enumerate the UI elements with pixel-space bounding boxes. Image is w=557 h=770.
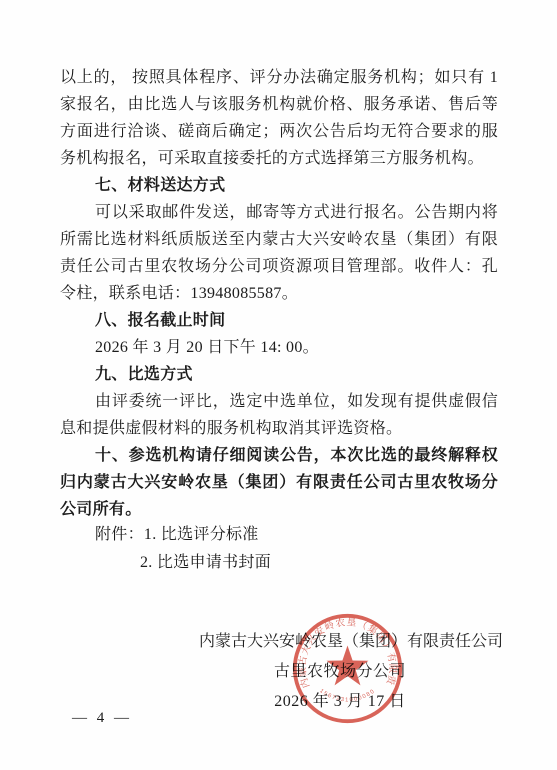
attachments-label: 附件： [95,526,144,543]
svg-text:1567231000080: 1567231000080 [318,688,376,703]
paragraph-final-interpretation: 十、参选机构请仔细阅读公告，本次比选的最终解释权归内蒙古大兴安岭农垦（集团）有限… [60,442,498,523]
seal-code-text: 1567231000080 [318,688,376,703]
section-heading-8: 八、报名截止时间 [60,307,498,334]
attachments-block: 附件：1. 比选评分标准 2. 比选申请书封面 [60,521,498,577]
attachment-item-2: 2. 比选申请书封面 [60,549,498,577]
section-heading-7: 七、材料送达方式 [60,172,498,199]
seal-star-icon [327,646,369,686]
attachment-2-text: 2. 比选申请书封面 [140,554,271,571]
section-heading-9: 九、比选方式 [60,361,498,388]
document-body: 以上的， 按照具体程序、评分办法确定服务机构；如只有 1 家报名，由比选人与该服… [60,64,498,523]
page-number: — 4 — [72,710,132,727]
attachment-item-1: 附件：1. 比选评分标准 [60,521,498,549]
document-page: 以上的， 按照具体程序、评分办法确定服务机构；如只有 1 家报名，由比选人与该服… [0,0,557,770]
attachment-1-text: 1. 比选评分标准 [144,526,259,543]
paragraph-selection-method: 由评委统一评比，选定中选单位，如发现有提供虚假信息和提供虚假材料的服务机构取消其… [60,388,498,442]
paragraph-deadline: 2026 年 3 月 20 日下午 14: 00。 [60,334,498,361]
paragraph-delivery: 可以采取邮件发送，邮寄等方式进行报名。公告期内将所需比选材料纸质版送至内蒙古大兴… [60,199,498,307]
paragraph-continuation: 以上的， 按照具体程序、评分办法确定服务机构；如只有 1 家报名，由比选人与该服… [60,64,498,172]
official-seal-stamp-icon: 内蒙古大兴安岭农垦（集团）有限责任公司古里农牧场分公司 156723100008… [290,611,405,726]
